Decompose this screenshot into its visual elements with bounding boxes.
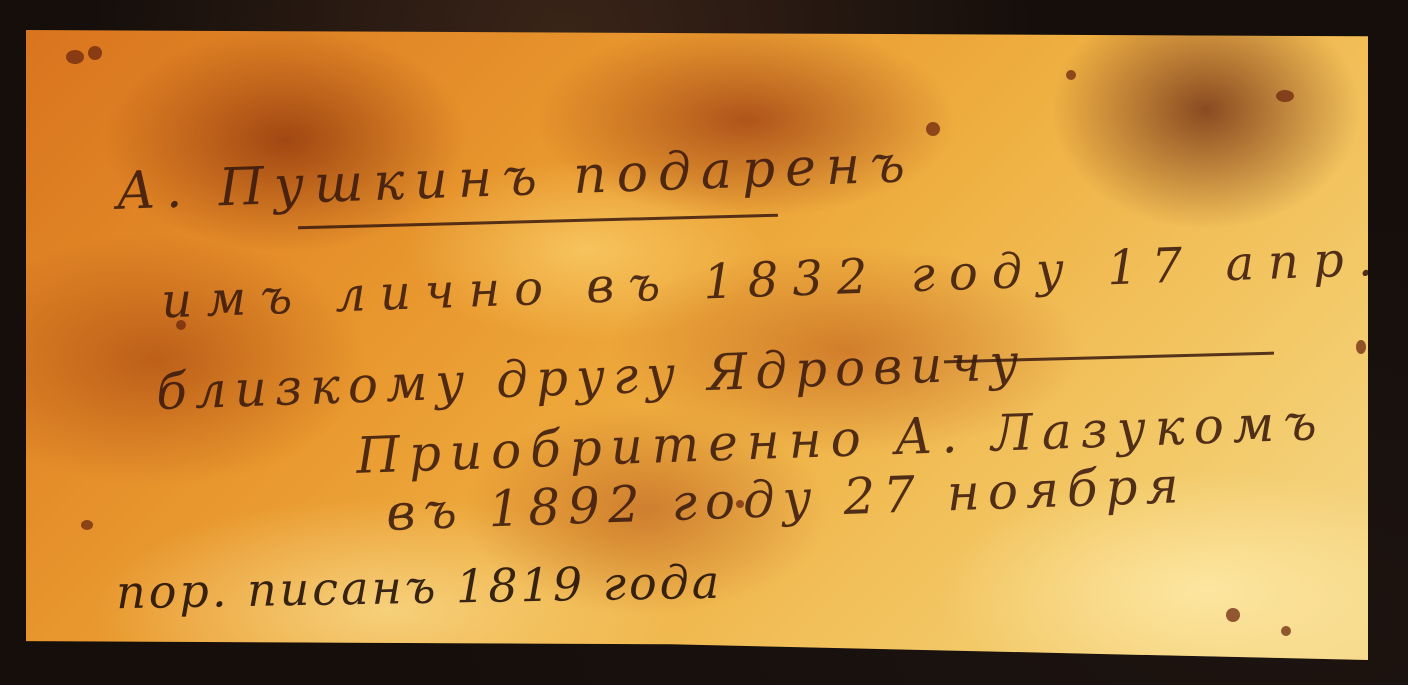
- stain-spot: [1356, 340, 1366, 354]
- stain-spot: [1281, 626, 1291, 636]
- stain-spot: [1066, 70, 1076, 80]
- stain-spot: [66, 50, 84, 64]
- aged-paper-label: А. Пушкинъ подаренъ имъ лично въ 1832 го…: [26, 30, 1368, 660]
- note-line-1: А. Пушкинъ подаренъ: [115, 134, 916, 222]
- note-line-6: пор. писанъ 1819 года: [116, 555, 723, 620]
- stain-spot: [88, 46, 102, 60]
- stain-spot: [1226, 608, 1240, 622]
- underline-pushkin: [298, 214, 778, 230]
- stain-spot: [926, 122, 940, 136]
- stain-spot: [81, 520, 93, 530]
- note-line-2: имъ лично въ 1832 году 17 апр.: [160, 231, 1387, 330]
- stain-spot: [1276, 90, 1294, 102]
